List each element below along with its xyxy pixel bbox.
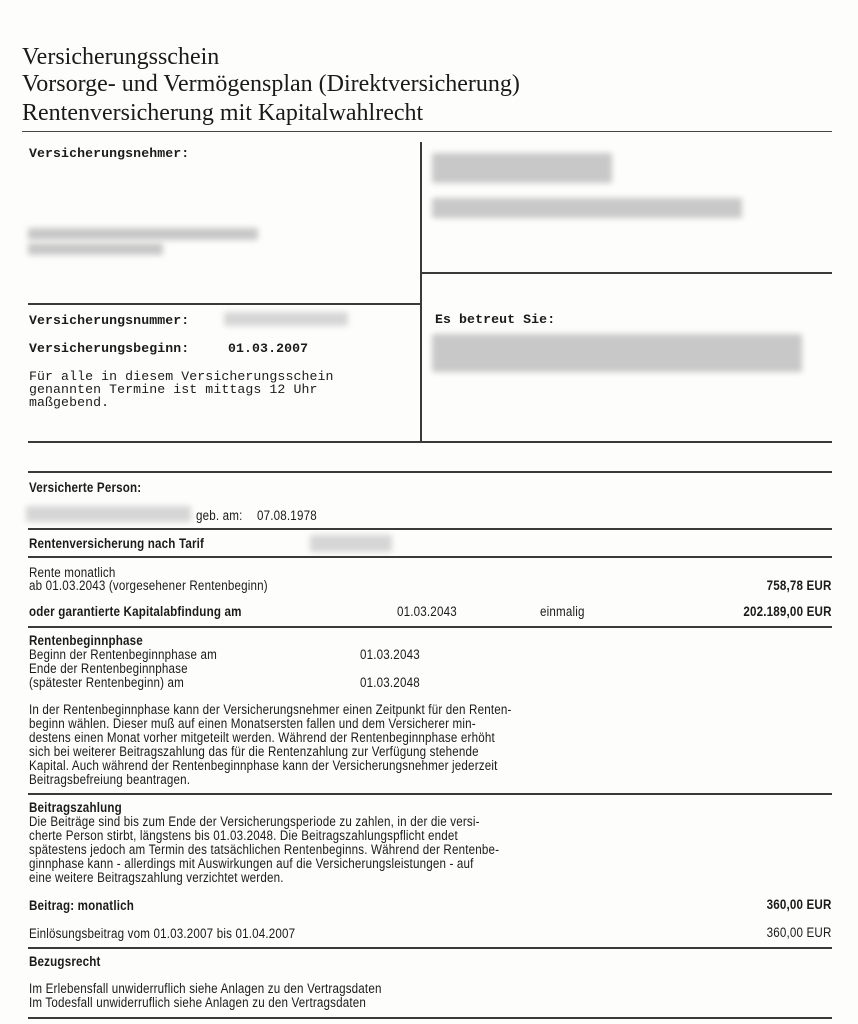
pension-start: ab 01.03.2043 (vorgesehener Rentenbeginn… — [29, 579, 268, 593]
policyholder-address-redacted — [28, 243, 163, 255]
advisor-label: Es betreut Sie: — [435, 313, 555, 326]
insurer-address-redacted — [432, 198, 742, 218]
document-subtitle-product: Vorsorge- und Vermögensplan (Direktversi… — [22, 70, 520, 98]
start-phase-heading: Rentenbeginnphase — [29, 634, 143, 648]
beneficiary-survival: Im Erlebensfall unwiderruflich siehe Anl… — [29, 982, 382, 996]
divider — [28, 947, 832, 949]
insured-person-name-redacted — [26, 506, 191, 522]
policyholder-name-redacted — [28, 228, 258, 240]
divider — [28, 626, 832, 628]
monthly-contribution-label: Beitrag: monatlich — [29, 899, 134, 913]
start-phase-text: Beitragsbefreiung beantragen. — [29, 773, 190, 787]
capital-label: oder garantierte Kapitalabfindung am — [29, 605, 242, 619]
divider — [28, 556, 832, 558]
policyholder-label: Versicherungsnehmer: — [29, 147, 189, 160]
start-phase-begin-label: Beginn der Rentenbeginnphase am — [29, 648, 217, 662]
beneficiary-death: Im Todesfall unwiderruflich siehe Anlage… — [29, 996, 366, 1010]
document-title: Versicherungsschein — [22, 43, 219, 71]
start-phase-text: sich bei weiterer Beitragszahlung das fü… — [29, 745, 479, 759]
capital-date: 01.03.2043 — [397, 605, 457, 619]
policy-start-date: 01.03.2007 — [228, 342, 308, 355]
divider — [28, 441, 832, 443]
insured-person-label: Versicherte Person: — [29, 481, 141, 495]
policy-number-redacted — [224, 312, 348, 326]
divider — [28, 1017, 832, 1019]
capital-amount: 202.189,00 EUR — [744, 605, 832, 619]
vertical-divider — [420, 142, 422, 442]
document-subtitle-type: Rentenversicherung mit Kapitalwahlrecht — [22, 99, 423, 127]
start-phase-begin-date: 01.03.2043 — [360, 648, 420, 662]
advisor-details-redacted — [432, 334, 802, 372]
policy-number-label: Versicherungsnummer: — [29, 314, 189, 327]
contribution-text: Die Beiträge sind bis zum Ende der Versi… — [29, 815, 480, 829]
initial-contribution-label: Einlösungsbeitrag vom 01.03.2007 bis 01.… — [29, 927, 295, 941]
start-phase-end-label: (spätester Rentenbeginn) am — [29, 676, 184, 690]
tariff-code-redacted — [310, 535, 392, 552]
contribution-heading: Beitragszahlung — [29, 801, 122, 815]
contribution-text: spätestens jedoch am Termin des tatsächl… — [29, 843, 499, 857]
pension-amount: 758,78 EUR — [767, 579, 832, 593]
divider — [28, 471, 832, 473]
start-phase-end-date: 01.03.2048 — [360, 676, 420, 690]
contribution-text: eine weitere Beitragszahlung verzichtet … — [29, 871, 284, 885]
start-phase-text: Kapital. Auch während der Rentenbeginnph… — [29, 759, 497, 773]
divider — [28, 793, 832, 795]
policy-note: maßgebend. — [29, 396, 109, 409]
initial-contribution-amount: 360,00 EUR — [767, 926, 832, 940]
insurer-name-redacted — [432, 153, 612, 183]
policy-start-label: Versicherungsbeginn: — [29, 342, 189, 355]
start-phase-end-label: Ende der Rentenbeginnphase — [29, 662, 188, 676]
capital-type: einmalig — [540, 605, 585, 619]
divider — [422, 272, 832, 274]
monthly-contribution-amount: 360,00 EUR — [767, 898, 832, 912]
divider — [22, 131, 832, 132]
birth-date: 07.08.1978 — [257, 509, 317, 523]
contribution-text: cherte Person stirbt, längstens bis 01.0… — [29, 829, 458, 843]
beneficiary-heading: Bezugsrecht — [29, 955, 101, 969]
divider — [28, 528, 832, 530]
divider — [28, 303, 420, 305]
tariff-label: Rentenversicherung nach Tarif — [29, 537, 204, 551]
start-phase-text: destens einen Monat vorher mitgeteilt we… — [29, 731, 495, 745]
birth-label: geb. am: — [196, 509, 243, 523]
start-phase-text: beginn wählen. Dieser muß auf einen Mona… — [29, 717, 476, 731]
start-phase-text: In der Rentenbeginnphase kann der Versic… — [29, 703, 512, 717]
contribution-text: ginnphase kann - allerdings mit Auswirku… — [29, 857, 474, 871]
